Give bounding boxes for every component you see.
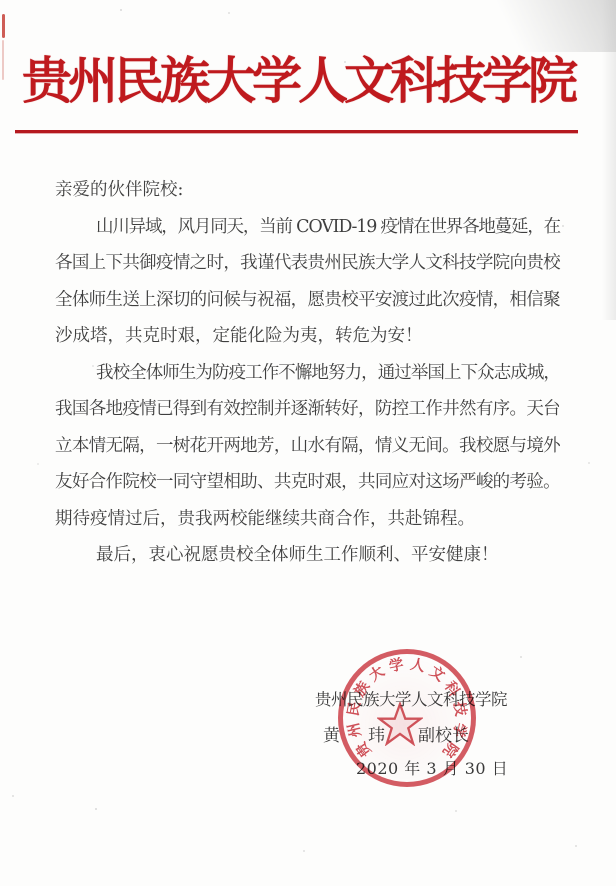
salutation: 亲爱的伙伴院校: xyxy=(55,172,560,209)
body-line: 友好合作院校一同守望相助、共克时艰，共同应对这场严峻的考验。 xyxy=(55,464,560,501)
scan-artifact-red-line-faint xyxy=(2,40,4,80)
scanned-letter-page: 贵州民族大学人文科技学院 亲爱的伙伴院校: 山川异域，风月同天，当前 COVID… xyxy=(0,0,616,886)
official-seal-stamp: 贵州民族大学人文科技学院 xyxy=(338,649,476,787)
scan-noise-speckles xyxy=(0,0,2,2)
letterhead-title: 贵州民族大学人文科技学院 xyxy=(22,52,594,110)
body-line: 期待疫情过后，贵我两校能继续共商合作，共赴锦程。 xyxy=(55,501,560,538)
body-line: 全体师生送上深切的问候与祝福，愿贵校平安渡过此次疫情，相信聚 xyxy=(55,282,560,319)
signer-surname: 黄 xyxy=(323,726,340,746)
body-line: 沙成塔，共克时艰，定能化险为夷，转危为安！ xyxy=(55,318,560,355)
body-line: 立本情无隔，一树花开两地芳，山水有隔，情义无间。我校愿与境外 xyxy=(55,428,560,465)
star-icon xyxy=(377,702,423,746)
scan-artifact-red-line xyxy=(2,14,5,38)
body-line: 最后，衷心祝愿贵校全体师生工作顺利、平安健康！ xyxy=(55,537,560,574)
letterhead-divider xyxy=(15,130,578,133)
letter-body: 亲爱的伙伴院校: 山川异域，风月同天，当前 COVID-19 疫情在世界各地蔓延… xyxy=(55,172,560,574)
scan-shadow-right-edge xyxy=(602,0,616,320)
body-line: 山川异域，风月同天，当前 COVID-19 疫情在世界各地蔓延，在 xyxy=(55,209,560,246)
scan-shadow-top-right xyxy=(446,0,616,52)
body-line: 我国各地疫情已得到有效控制并逐渐转好，防控工作井然有序。天台 xyxy=(55,391,560,428)
body-line: 我校全体师生为防疫工作不懈地努力，通过举国上下众志成城， xyxy=(55,355,560,392)
body-line: 各国上下共御疫情之时，我谨代表贵州民族大学人文科技学院向贵校 xyxy=(55,245,560,282)
